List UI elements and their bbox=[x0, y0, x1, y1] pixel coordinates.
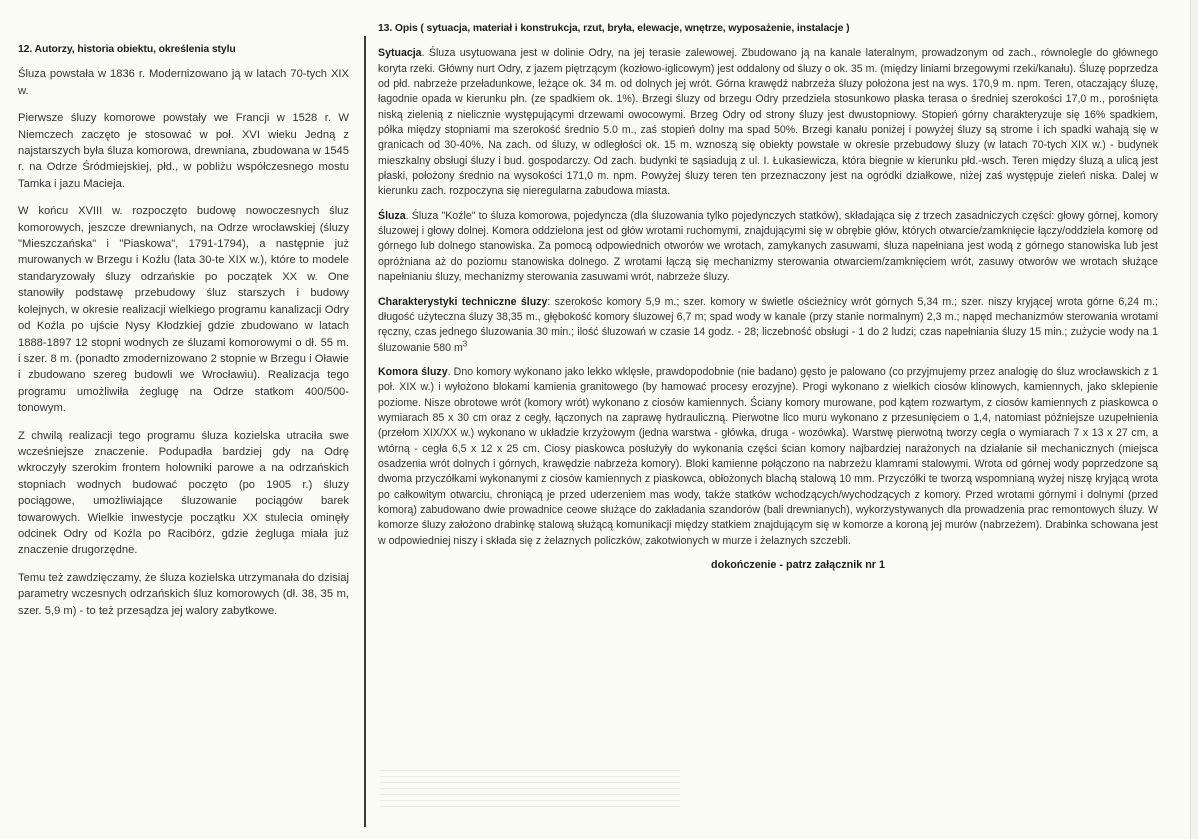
history-paragraph: W końcu XVIII w. rozpoczęto budowę nowoc… bbox=[18, 203, 349, 416]
history-column: 12. Autorzy, historia obiektu, określeni… bbox=[18, 42, 349, 630]
situation-paragraph: Sytuacja. Śluza usytuowana jest w dolini… bbox=[378, 46, 1158, 199]
page-edge bbox=[1190, 0, 1198, 839]
history-paragraph: Z chwilą realizacji tego programu śluza … bbox=[18, 428, 349, 559]
section-12-heading: 12. Autorzy, historia obiektu, określeni… bbox=[18, 42, 349, 58]
scanned-document-page: 12. Autorzy, historia obiektu, określeni… bbox=[0, 0, 1198, 839]
situation-lead: Sytuacja bbox=[378, 47, 422, 59]
scan-artifact bbox=[380, 770, 680, 810]
lock-paragraph: Śluza. Śluza "Koźle" to śluza komorowa, … bbox=[378, 209, 1158, 286]
technical-specs-paragraph: Charakterystyki techniczne śluzy: szerok… bbox=[378, 295, 1158, 356]
cubic-superscript: 3 bbox=[463, 339, 467, 348]
chamber-text: . Dno komory wykonano jako lekko wklęsłe… bbox=[378, 366, 1158, 547]
chamber-paragraph: Komora śluzy. Dno komory wykonano jako l… bbox=[378, 365, 1158, 549]
history-paragraph: Temu też zawdzięczamy, że śluza kozielsk… bbox=[18, 570, 349, 619]
technical-specs-lead: Charakterystyki techniczne śluzy bbox=[378, 296, 547, 308]
history-paragraph: Śluza powstała w 1836 r. Modernizowano j… bbox=[18, 66, 349, 99]
history-paragraph: Pierwsze śluzy komorowe powstały we Fran… bbox=[18, 110, 349, 192]
section-13-heading: 13. Opis ( sytuacja, materiał i konstruk… bbox=[378, 21, 1158, 36]
chamber-lead: Komora śluzy bbox=[378, 366, 448, 378]
situation-text: . Śluza usytuowana jest w dolinie Odry, … bbox=[378, 47, 1158, 197]
continuation-note: dokończenie - patrz załącznik nr 1 bbox=[378, 558, 1158, 573]
column-divider bbox=[364, 36, 366, 827]
description-column: 13. Opis ( sytuacja, materiał i konstruk… bbox=[378, 21, 1158, 573]
lock-text: . Śluza "Koźle" to śluza komorowa, pojed… bbox=[378, 210, 1158, 283]
lock-lead: Śluza bbox=[378, 210, 406, 222]
